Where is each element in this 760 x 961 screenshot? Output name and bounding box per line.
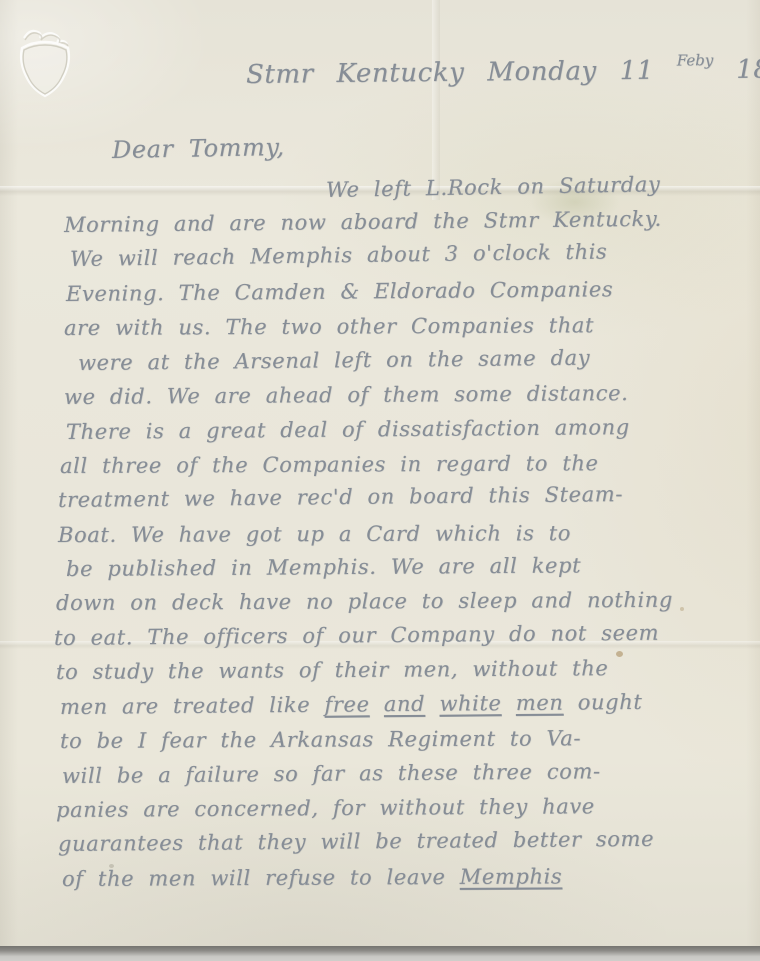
handwriting-line: treatment we have rec'd on board this St… [58, 482, 623, 512]
handwriting-text: down on deck have no place to sleep and … [56, 588, 673, 615]
letter-page: Stmr Kentucky Monday 11 Feby 1861 Dear T… [0, 0, 760, 946]
handwriting-text: be published in Memphis. We are all kept [66, 553, 581, 581]
handwriting-line: panies are concerned, for without they h… [56, 794, 595, 822]
underlined-word: and [384, 692, 426, 716]
handwriting-line: of the men will refuse to leave Memphis [62, 864, 562, 891]
handwriting-text: of the men will refuse to leave [62, 865, 460, 891]
handwriting-line: Boat. We have got up a Card which is to [58, 521, 571, 547]
handwriting-line: Morning and are now aboard the Stmr Kent… [64, 207, 662, 237]
handwriting-line: to be I fear the Arkansas Regiment to Va… [60, 726, 581, 753]
handwriting-text: were at the Arsenal left on the same day [78, 346, 590, 375]
handwriting-text [501, 691, 515, 715]
handwriting-text: Boat. We have got up a Card which is to [58, 521, 571, 547]
dateline-place-day: Stmr Kentucky Monday 11 [246, 56, 654, 90]
fold-crease-vertical [432, 0, 440, 200]
handwriting-line: Evening. The Camden & Eldorado Companies [66, 277, 613, 306]
handwriting-text [369, 692, 383, 716]
handwriting-text [425, 692, 439, 716]
handwriting-line: men are treated like free and white men … [60, 690, 643, 719]
handwriting-text: men are treated like [60, 693, 325, 719]
underlined-word: free [324, 692, 369, 716]
handwriting-text: Morning and are now aboard the Stmr Kent… [64, 207, 662, 237]
underlined-word: white [439, 691, 501, 716]
handwriting-text: Evening. The Camden & Eldorado Companies [66, 277, 613, 306]
handwriting-text: to be I fear the Arkansas Regiment to Va… [60, 726, 581, 753]
underlined-word: Memphis [460, 864, 563, 889]
handwriting-text: to eat. The officers of our Company do n… [54, 621, 659, 650]
handwriting-text: We will reach Memphis about 3 o'clock th… [70, 239, 608, 271]
handwriting-text: treatment we have rec'd on board this St… [58, 482, 623, 512]
handwriting-text: will be a failure so far as these three … [62, 759, 601, 788]
handwriting-text: guarantees that they will be treated bet… [58, 827, 654, 856]
handwriting-line: all three of the Companies in regard to … [60, 451, 599, 478]
scanner-bed-edge [0, 946, 760, 961]
handwriting-text: There is a great deal of dissatisfaction… [66, 415, 630, 444]
handwriting-line: are with us. The two other Companies tha… [64, 313, 594, 340]
handwriting-line: were at the Arsenal left on the same day [78, 346, 590, 375]
dateline-month-superscript: Feby [677, 51, 714, 69]
paper-speck [616, 651, 623, 657]
embossed-seal-icon [14, 24, 76, 102]
handwriting-line: There is a great deal of dissatisfaction… [66, 415, 630, 444]
handwriting-line: to study the wants of their men, without… [56, 656, 608, 684]
underlined-word: men [516, 691, 564, 715]
salutation: Dear Tommy, [112, 133, 285, 164]
handwriting-text: panies are concerned, for without they h… [56, 794, 595, 822]
handwriting-text: ought [563, 690, 642, 715]
handwriting-line: will be a failure so far as these three … [62, 759, 601, 788]
dateline: Stmr Kentucky Monday 11 Feby 1861 [246, 54, 760, 90]
handwriting-line: down on deck have no place to sleep and … [56, 588, 673, 615]
dateline-year: 1861 [736, 54, 760, 85]
handwriting-text: all three of the Companies in regard to … [60, 451, 599, 478]
handwriting-line: we did. We are ahead of them some distan… [64, 381, 629, 409]
handwriting-line: be published in Memphis. We are all kept [66, 553, 581, 581]
handwriting-text: are with us. The two other Companies tha… [64, 313, 594, 340]
handwriting-text: we did. We are ahead of them some distan… [64, 381, 629, 409]
handwriting-line: We will reach Memphis about 3 o'clock th… [70, 239, 608, 271]
paper-speck [680, 607, 684, 611]
handwriting-line: to eat. The officers of our Company do n… [54, 621, 659, 650]
handwriting-text: to study the wants of their men, without… [56, 656, 608, 684]
handwriting-line: guarantees that they will be treated bet… [58, 827, 654, 856]
